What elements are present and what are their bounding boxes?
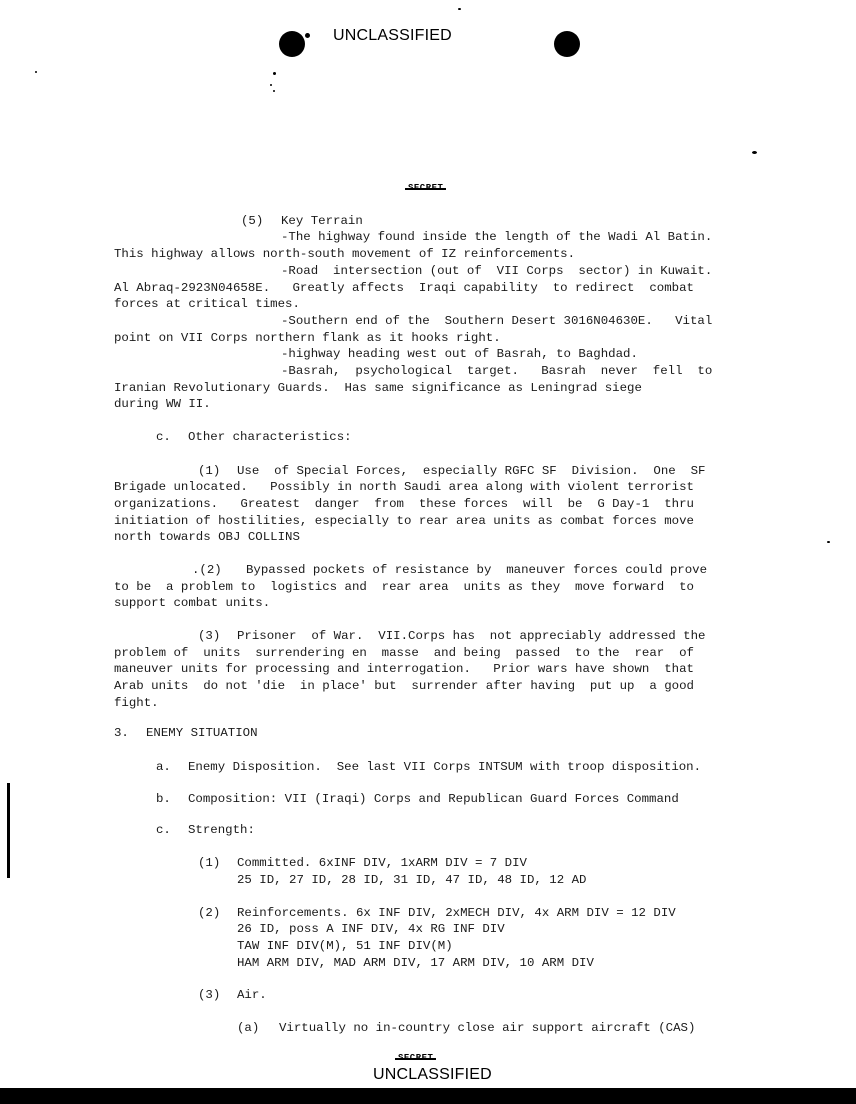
reinforcements-line: 26 ID, poss A INF DIV, 4x RG INF DIV [237, 922, 505, 936]
scan-speck [305, 33, 310, 38]
scan-speck [752, 151, 757, 154]
item-label: b. [156, 792, 171, 806]
section-number: 3. [114, 726, 129, 740]
item-number: (2) [198, 906, 220, 920]
enemy-composition-text: Composition: VII (Iraqi) Corps and Repub… [188, 792, 679, 806]
classification-banner-top: UNCLASSIFIED [333, 27, 452, 45]
paragraph-line: problem of units surrendering en masse a… [114, 646, 694, 660]
key-terrain-number: (5) [241, 214, 263, 228]
paragraph-line: north towards OBJ COLLINS [114, 530, 300, 544]
reinforcements-line: TAW INF DIV(M), 51 INF DIV(M) [237, 939, 453, 953]
committed-line: Committed. 6xINF DIV, 1xARM DIV = 7 DIV [237, 856, 527, 870]
enemy-disposition-text: Enemy Disposition. See last VII Corps IN… [188, 760, 701, 774]
secret-marking-top: SECRET [408, 183, 443, 193]
item-number: .(2) [192, 563, 222, 577]
paragraph-line: support combat units. [114, 596, 270, 610]
item-label: c. [156, 823, 171, 837]
terrain-item-line: Al Abraq-2923N04658E. Greatly affects Ir… [114, 281, 694, 295]
paragraph-line: Arab units do not 'die in place' but sur… [114, 679, 694, 693]
terrain-item-line: during WW II. [114, 397, 211, 411]
terrain-item-line: -Basrah, psychological target. Basrah ne… [281, 364, 712, 378]
scan-speck [458, 8, 461, 10]
terrain-item-line: -Road intersection (out of VII Corps sec… [281, 264, 712, 278]
paragraph-line: Prisoner of War. VII.Corps has not appre… [237, 629, 705, 643]
item-label: (a) [237, 1021, 259, 1035]
paragraph-line: Brigade unlocated. Possibly in north Sau… [114, 480, 694, 494]
paragraph-line: to be a problem to logistics and rear ar… [114, 580, 694, 594]
section-title: Other characteristics: [188, 430, 352, 444]
scan-speck [273, 72, 276, 75]
scan-speck [270, 84, 272, 86]
margin-scan-mark [7, 783, 10, 878]
terrain-item-line: -Southern end of the Southern Desert 301… [281, 314, 712, 328]
paragraph-line: Bypassed pockets of resistance by maneuv… [246, 563, 707, 577]
terrain-item-line: point on VII Corps northern flank as it … [114, 331, 501, 345]
reinforcements-line: HAM ARM DIV, MAD ARM DIV, 17 ARM DIV, 10… [237, 956, 594, 970]
paragraph-line: maneuver units for processing and interr… [114, 662, 694, 676]
item-number: (3) [198, 988, 220, 1002]
key-terrain-title: Key Terrain [281, 214, 363, 228]
punch-hole-right [554, 31, 580, 57]
paragraph-line: fight. [114, 696, 159, 710]
committed-line: 25 ID, 27 ID, 28 ID, 31 ID, 47 ID, 48 ID… [237, 873, 586, 887]
paragraph-line: organizations. Greatest danger from thes… [114, 497, 694, 511]
scan-speck [35, 71, 37, 73]
section-heading: ENEMY SITUATION [146, 726, 258, 740]
scan-speck [273, 90, 275, 92]
terrain-item-line: Iranian Revolutionary Guards. Has same s… [114, 381, 642, 395]
scan-edge-bar [0, 1088, 856, 1104]
secret-marking-bottom: SECRET [398, 1053, 433, 1063]
reinforcements-line: Reinforcements. 6x INF DIV, 2xMECH DIV, … [237, 906, 676, 920]
terrain-item-line: -highway heading west out of Basrah, to … [281, 347, 638, 361]
paragraph-line: initiation of hostilities, especially to… [114, 514, 694, 528]
punch-hole-left [279, 31, 305, 57]
terrain-item-line: This highway allows north-south movement… [114, 247, 575, 261]
air-title: Air. [237, 988, 267, 1002]
scan-speck [827, 541, 830, 543]
item-number: (1) [198, 856, 220, 870]
paragraph-line: Use of Special Forces, especially RGFC S… [237, 464, 705, 478]
terrain-item-line: -The highway found inside the length of … [281, 230, 712, 244]
item-number: (3) [198, 629, 220, 643]
air-item-text: Virtually no in-country close air suppor… [279, 1021, 695, 1035]
item-label: a. [156, 760, 171, 774]
classification-banner-bottom: UNCLASSIFIED [373, 1066, 492, 1084]
section-label: c. [156, 430, 171, 444]
strength-title: Strength: [188, 823, 255, 837]
terrain-item-line: forces at critical times. [114, 297, 300, 311]
item-number: (1) [198, 464, 220, 478]
